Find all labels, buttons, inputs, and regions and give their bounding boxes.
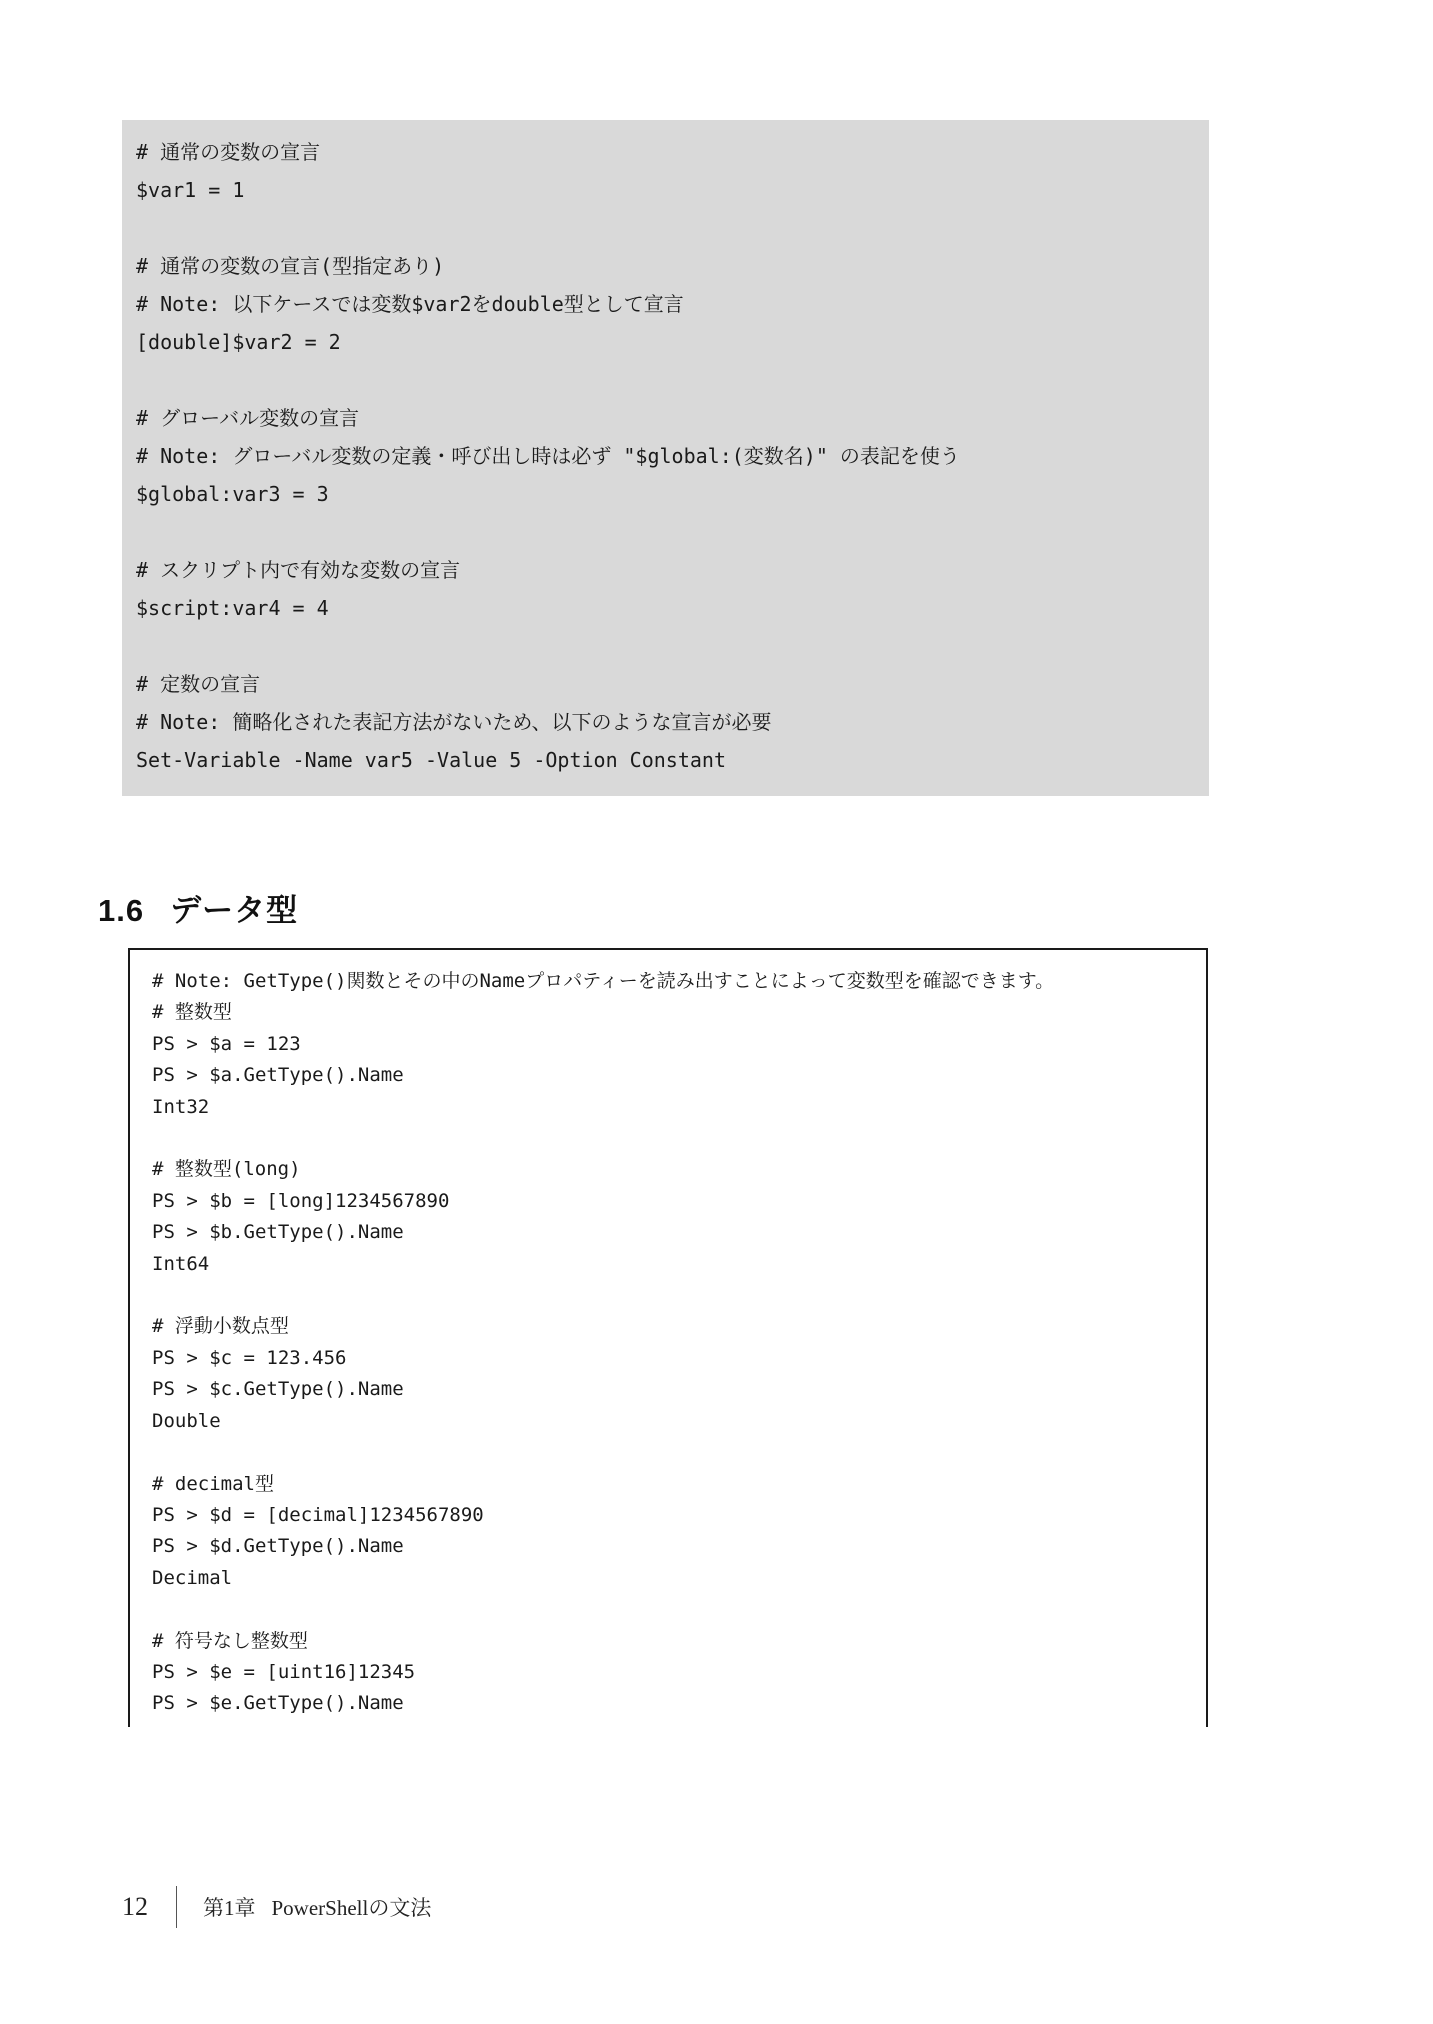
section-heading: 1.6 データ型 <box>98 885 298 930</box>
code-line: # Note: 以下ケースでは変数$var2をdouble型として宣言 <box>136 285 1195 323</box>
code-line: Int64 <box>152 1249 1184 1280</box>
code-line: # 符号なし整数型 <box>152 1626 1184 1657</box>
book-page: { "colors":{ "code_background":"#d9d9d9"… <box>0 0 1433 2024</box>
chapter-label: 第1章 <box>203 1892 256 1922</box>
chapter-info: 第1章 PowerShellの文法 <box>203 1892 431 1922</box>
code-line: $var1 = 1 <box>136 171 1195 209</box>
page-number: 12 <box>122 1892 148 1922</box>
code-line <box>136 209 1195 247</box>
code-line <box>136 513 1195 551</box>
section-title: データ型 <box>170 885 298 930</box>
code-line <box>136 627 1195 665</box>
code-line <box>152 1437 1184 1468</box>
code-line: # グローバル変数の宣言 <box>136 399 1195 437</box>
code-line <box>152 1123 1184 1154</box>
code-line: PS > $d = [decimal]1234567890 <box>152 1500 1184 1531</box>
code-line <box>152 1280 1184 1311</box>
code-line: # 定数の宣言 <box>136 665 1195 703</box>
page-footer: 12 第1章 PowerShellの文法 <box>122 1886 431 1928</box>
code-line: # Note: 簡略化された表記方法がないため、以下のような宣言が必要 <box>136 703 1195 741</box>
code-line: PS > $c = 123.456 <box>152 1343 1184 1374</box>
code-line: # Note: GetType()関数とその中のNameプロパティーを読み出すこ… <box>152 966 1184 997</box>
code-line: $global:var3 = 3 <box>136 475 1195 513</box>
code-block-data-types: # Note: GetType()関数とその中のNameプロパティーを読み出すこ… <box>128 948 1208 1727</box>
code-line: # Note: グローバル変数の定義・呼び出し時は必ず "$global:(変数… <box>136 437 1195 475</box>
code-line: [double]$var2 = 2 <box>136 323 1195 361</box>
code-line <box>152 1594 1184 1625</box>
code-line: PS > $c.GetType().Name <box>152 1374 1184 1405</box>
code-line: Int32 <box>152 1092 1184 1123</box>
code-line: Set-Variable -Name var5 -Value 5 -Option… <box>136 741 1195 779</box>
code-line: PS > $a.GetType().Name <box>152 1060 1184 1091</box>
code-line: Double <box>152 1406 1184 1437</box>
code-line: PS > $d.GetType().Name <box>152 1531 1184 1562</box>
code-line: PS > $e = [uint16]12345 <box>152 1657 1184 1688</box>
code-block-variable-declaration: # 通常の変数の宣言$var1 = 1 # 通常の変数の宣言(型指定あり)# N… <box>122 120 1209 796</box>
code-line: # decimal型 <box>152 1469 1184 1500</box>
code-line: PS > $e.GetType().Name <box>152 1688 1184 1719</box>
chapter-title: PowerShellの文法 <box>272 1892 432 1922</box>
code-line: Decimal <box>152 1563 1184 1594</box>
code-line: # 浮動小数点型 <box>152 1311 1184 1342</box>
code-line: # 整数型 <box>152 997 1184 1028</box>
code-line <box>136 361 1195 399</box>
code-line: # スクリプト内で有効な変数の宣言 <box>136 551 1195 589</box>
code-line: $script:var4 = 4 <box>136 589 1195 627</box>
code-line: # 整数型(long) <box>152 1154 1184 1185</box>
section-number: 1.6 <box>98 893 144 929</box>
code-line: PS > $a = 123 <box>152 1029 1184 1060</box>
code-line: # 通常の変数の宣言(型指定あり) <box>136 247 1195 285</box>
code-line: PS > $b = [long]1234567890 <box>152 1186 1184 1217</box>
footer-divider <box>176 1886 177 1928</box>
code-line: # 通常の変数の宣言 <box>136 133 1195 171</box>
code-line: PS > $b.GetType().Name <box>152 1217 1184 1248</box>
